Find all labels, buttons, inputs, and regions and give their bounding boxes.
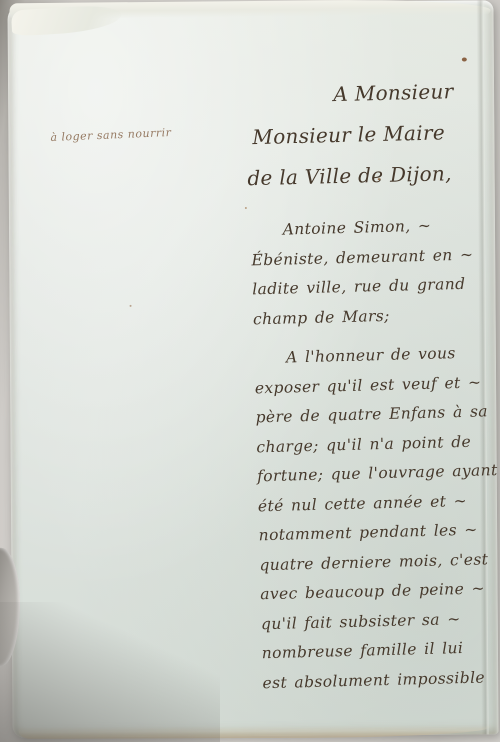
text-line: A Monsieur xyxy=(245,70,498,117)
text-line: est absolument impossible xyxy=(262,662,500,698)
paragraph-petition: A l'honneur de vousexposer qu'il est veu… xyxy=(254,338,500,698)
photo-background: à loger sans nourrir A MonsieurMonsieur … xyxy=(0,0,500,742)
text-line: Monsieur le Maire xyxy=(246,111,499,158)
margin-annotation: à loger sans nourrir xyxy=(50,125,200,144)
address-block: A MonsieurMonsieur le Mairede la Ville d… xyxy=(245,70,500,199)
paragraph-identity: Antoine Simon, ~Ébéniste, demeurant en ~… xyxy=(250,210,500,334)
ink-speck xyxy=(245,207,247,209)
paper-corner-fold xyxy=(11,4,122,36)
text-line: avec beaucoup de peine ~ xyxy=(260,574,500,610)
ink-speck xyxy=(462,57,467,61)
text-line: champ de Mars; xyxy=(253,298,500,334)
paper-sheet: à loger sans nourrir A MonsieurMonsieur … xyxy=(7,0,498,737)
letter-body: Antoine Simon, ~Ébéniste, demeurant en ~… xyxy=(250,210,500,698)
paper-bottom-edge xyxy=(19,725,490,739)
ink-speck xyxy=(130,305,132,307)
text-line: de la Ville de Dijon, xyxy=(247,152,500,199)
